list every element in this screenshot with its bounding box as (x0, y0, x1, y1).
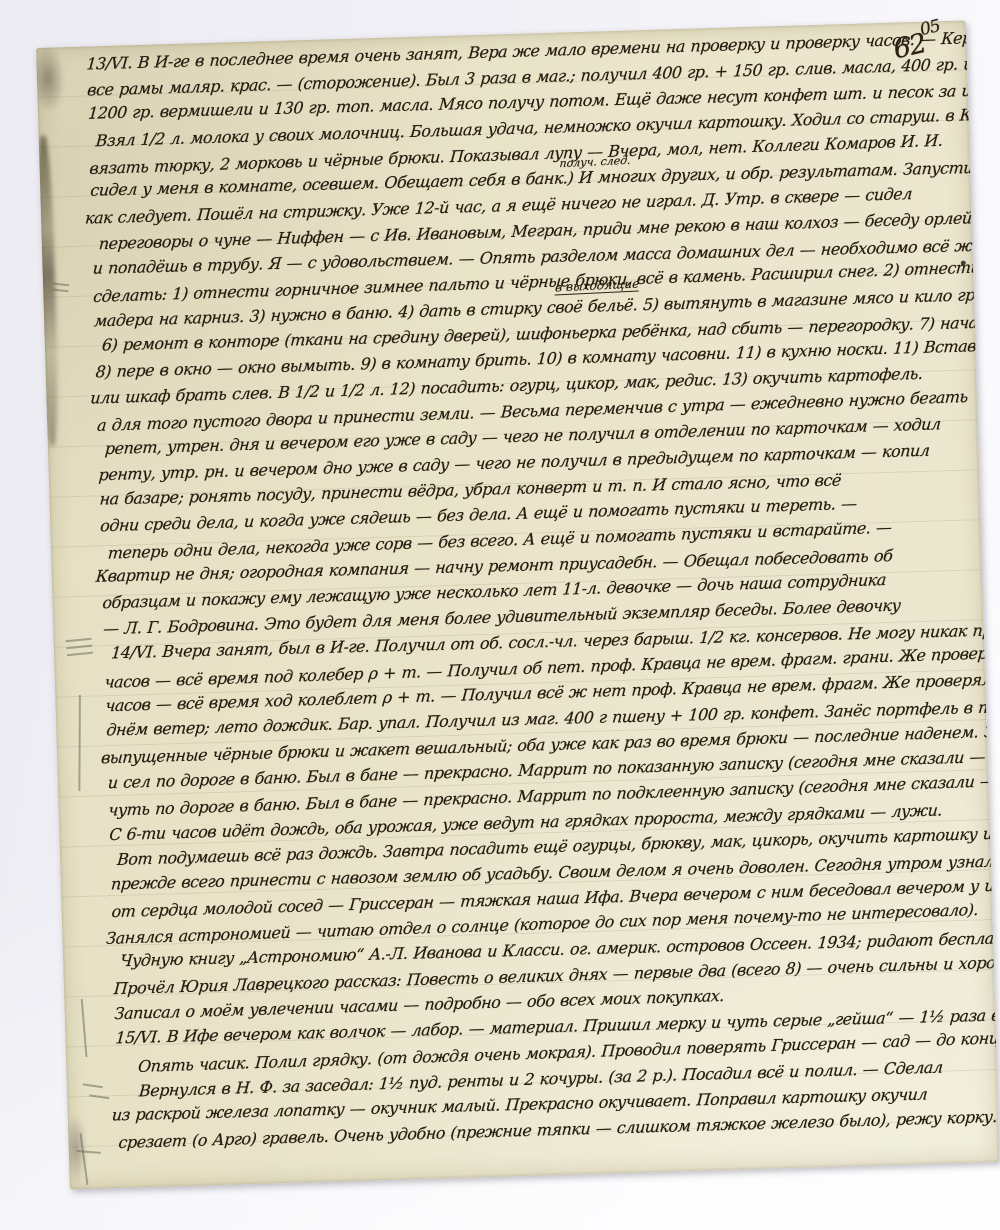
pencil-margin-mark (78, 695, 81, 791)
pencil-margin-mark (83, 1083, 103, 1088)
scanned-manuscript: { "document": { "kind": "handwritten dia… (0, 0, 1000, 1230)
manuscript-page: 13/VI. В И-ге в последнее время очень за… (36, 20, 999, 1189)
pencil-margin-mark (81, 999, 88, 1057)
ink-smudge-top-left (36, 43, 66, 114)
page-number-superscript: 05 (918, 16, 942, 40)
handwriting-text-block: 13/VI. В И-ге в последнее время очень за… (86, 25, 999, 1155)
pencil-margin-mark (66, 638, 92, 643)
pencil-margin-mark (53, 282, 69, 286)
